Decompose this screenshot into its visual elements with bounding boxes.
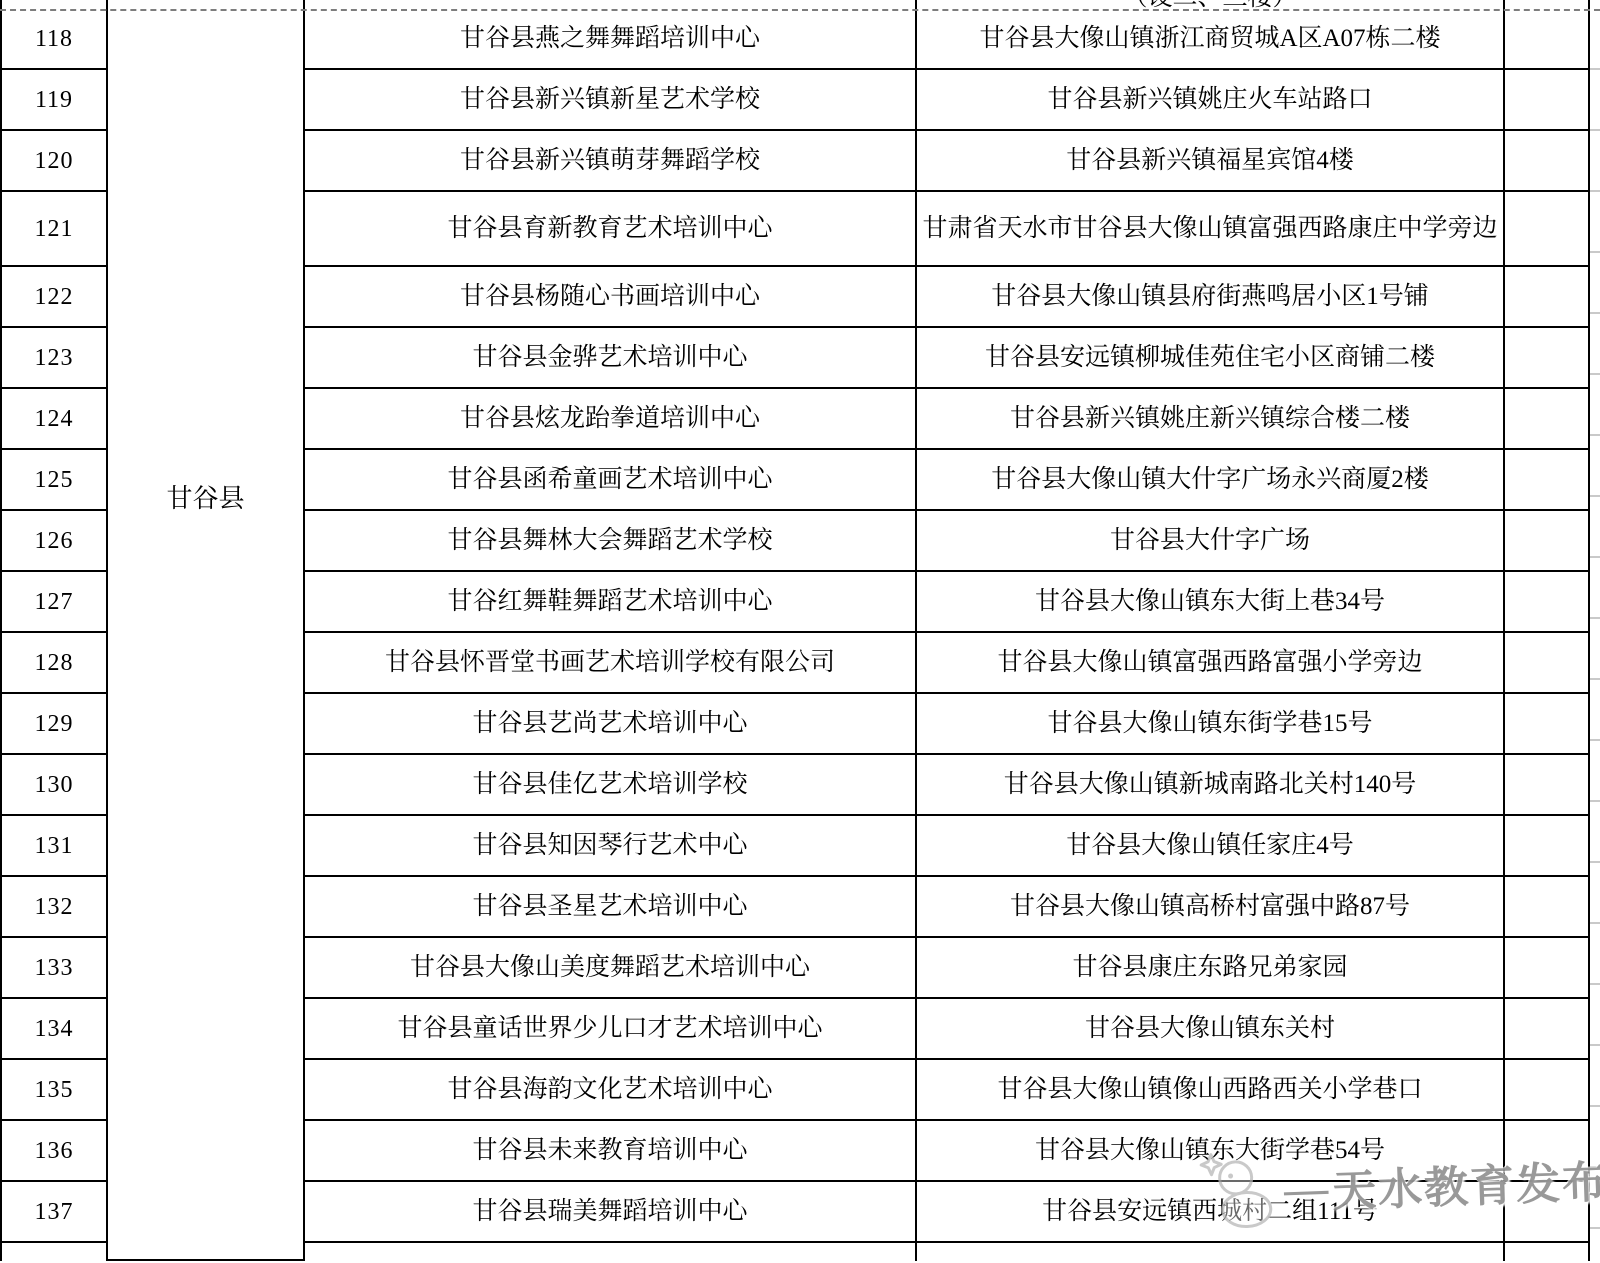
county-merged-cell [108,999,305,1261]
extra-cell [1505,267,1590,328]
row-number-cell: 123 [2,328,108,389]
address-cell: 甘谷县大像山镇浙江商贸城A区A07栋二楼 [917,9,1505,70]
institutions-table: 甘谷县 （设二、三楼） 118 甘谷县燕之舞舞蹈培训中心 甘谷县大像山镇浙江商贸… [0,0,1590,1261]
address-cell: 甘谷县新兴镇福星宾馆4楼 [917,131,1505,192]
address-cell: 甘肃省天水市甘谷县大像山镇富强西路康庄中学旁边 [917,192,1505,267]
row-number-cell: 124 [2,389,108,450]
extra-cell [1505,694,1590,755]
row-number-cell: 131 [2,816,108,877]
address-cell: 甘谷县大像山镇东街学巷15号 [917,694,1505,755]
address-cell: 甘谷县新兴镇姚庄火车站路口 [917,70,1505,131]
registered-institutions-table-page: 甘谷县 （设二、三楼） 118 甘谷县燕之舞舞蹈培训中心 甘谷县大像山镇浙江商贸… [0,0,1600,1263]
row-number-cell: 119 [2,70,108,131]
institution-name-cell: 甘谷县未来教育培训中心 [305,1121,917,1182]
clipped-address-fragment: （设二、三楼） [921,0,1499,9]
row-number-cell: 135 [2,1060,108,1121]
row-number-cell: 133 [2,938,108,999]
address-cell: 甘谷县大像山镇新城南路北关村140号 [917,755,1505,816]
extra-cell [1505,999,1590,1060]
address-cell: 甘谷县大像山镇富强西路富强小学旁边 [917,633,1505,694]
row-number-cell: 126 [2,511,108,572]
institution-name-cell: 甘谷县新兴镇萌芽舞蹈学校 [305,131,917,192]
institution-name-cell: 甘谷县燕之舞舞蹈培训中心 [305,9,917,70]
extra-cell [1505,1182,1590,1243]
extra-cell [1505,1121,1590,1182]
extra-cell [1505,1243,1590,1261]
address-cell: 甘谷县大像山镇任家庄4号 [917,816,1505,877]
address-cell: 甘谷县大像山镇大什字广场永兴商厦2楼 [917,450,1505,511]
address-cell: 甘谷县康庄东路兄弟家园 [917,938,1505,999]
right-edge-gridline-sliver [1590,68,1600,1258]
row-number-cell: 136 [2,1121,108,1182]
row-number-cell: 121 [2,192,108,267]
clipped-previous-row: 甘谷县 （设二、三楼） [2,0,1590,9]
address-cell: 甘谷县大像山镇东大街学巷54号 [917,1121,1505,1182]
institution-name-cell: 甘谷县海韵文化艺术培训中心 [305,1060,917,1121]
row-number-cell: 130 [2,755,108,816]
extra-cell [1505,389,1590,450]
table-body: 甘谷县 （设二、三楼） 118 甘谷县燕之舞舞蹈培训中心 甘谷县大像山镇浙江商贸… [2,0,1590,1261]
extra-cell [1505,9,1590,70]
address-cell: 甘谷县大什字广场 [917,511,1505,572]
page-break-dashed-line [0,9,1600,11]
row-number-cell: 118 [2,9,108,70]
address-cell: 甘谷县安远镇西城村二组111号 [917,1182,1505,1243]
row-number-cell: 120 [2,131,108,192]
institution-name-cell: 甘谷县舞林大会舞蹈艺术学校 [305,511,917,572]
extra-cell [1505,328,1590,389]
institution-name-cell: 甘谷县大像山美度舞蹈艺术培训中心 [305,938,917,999]
institution-name-cell: 甘谷县圣星艺术培训中心 [305,877,917,938]
row-number-cell [2,1243,108,1261]
extra-cell [1505,816,1590,877]
extra-cell [1505,633,1590,694]
row-number-cell: 134 [2,999,108,1060]
address-cell: 甘谷县大像山镇县府街燕鸣居小区1号铺 [917,267,1505,328]
institution-name-cell: 甘谷县函希童画艺术培训中心 [305,450,917,511]
institution-name-cell [305,0,917,9]
row-number-cell: 122 [2,267,108,328]
row-number-cell: 127 [2,572,108,633]
row-number-cell: 137 [2,1182,108,1243]
extra-cell [1505,192,1590,267]
row-number-cell: 129 [2,694,108,755]
address-cell: 甘谷县大像山镇东关村 [917,999,1505,1060]
extra-cell [1505,450,1590,511]
address-cell: 甘谷县大像山镇东大街上巷34号 [917,572,1505,633]
row-number-cell: 125 [2,450,108,511]
institution-name-cell [305,1243,917,1261]
row-number-cell [2,0,108,9]
extra-cell [1505,755,1590,816]
address-cell [917,1243,1505,1261]
institution-name-cell: 甘谷县佳亿艺术培训学校 [305,755,917,816]
institution-name-cell: 甘谷县杨随心书画培训中心 [305,267,917,328]
address-cell: 甘谷县大像山镇高桥村富强中路87号 [917,877,1505,938]
address-cell: （设二、三楼） [917,0,1505,9]
extra-cell [1505,572,1590,633]
county-merged-cell: 甘谷县 [108,0,305,999]
row-number-cell: 132 [2,877,108,938]
institution-name-cell: 甘谷红舞鞋舞蹈艺术培训中心 [305,572,917,633]
institution-name-cell: 甘谷县新兴镇新星艺术学校 [305,70,917,131]
institution-name-cell: 甘谷县炫龙跆拳道培训中心 [305,389,917,450]
address-cell: 甘谷县新兴镇姚庄新兴镇综合楼二楼 [917,389,1505,450]
extra-cell [1505,70,1590,131]
extra-cell [1505,877,1590,938]
institution-name-cell: 甘谷县瑞美舞蹈培训中心 [305,1182,917,1243]
institution-name-cell: 甘谷县艺尚艺术培训中心 [305,694,917,755]
extra-cell [1505,1060,1590,1121]
extra-cell [1505,938,1590,999]
extra-cell [1505,511,1590,572]
institution-name-cell: 甘谷县育新教育艺术培训中心 [305,192,917,267]
extra-cell [1505,0,1590,9]
row-number-cell: 128 [2,633,108,694]
institution-name-cell: 甘谷县金骅艺术培训中心 [305,328,917,389]
institution-name-cell: 甘谷县童话世界少儿口才艺术培训中心 [305,999,917,1060]
extra-cell [1505,131,1590,192]
table-row: 134 甘谷县童话世界少儿口才艺术培训中心 甘谷县大像山镇东关村 [2,999,1590,1060]
institution-name-cell: 甘谷县怀晋堂书画艺术培训学校有限公司 [305,633,917,694]
address-cell: 甘谷县大像山镇像山西路西关小学巷口 [917,1060,1505,1121]
institution-name-cell: 甘谷县知因琴行艺术中心 [305,816,917,877]
address-cell: 甘谷县安远镇柳城佳苑住宅小区商铺二楼 [917,328,1505,389]
